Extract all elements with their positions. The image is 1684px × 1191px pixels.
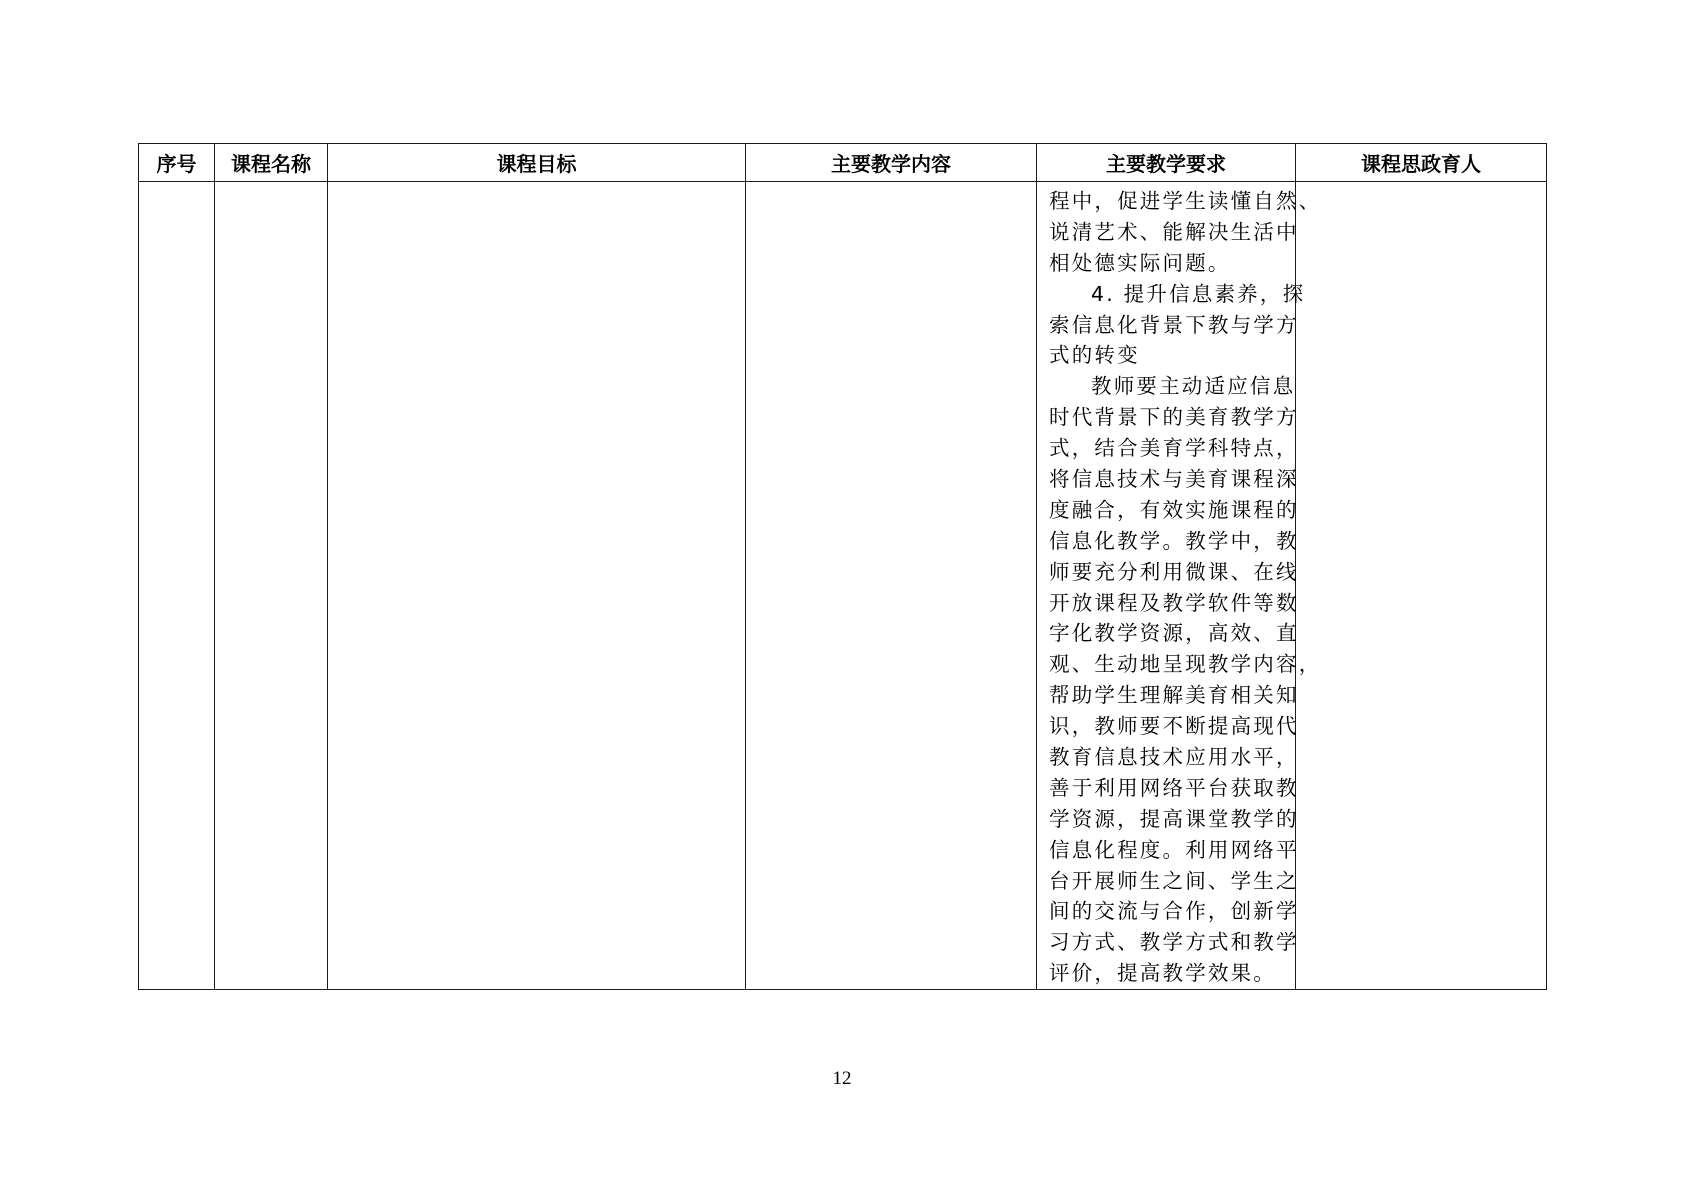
table-header-row: 序号 课程名称 课程目标 主要教学内容 主要教学要求 课程思政育人 [139, 144, 1547, 182]
header-course-name: 课程名称 [215, 144, 328, 182]
course-table: 序号 课程名称 课程目标 主要教学内容 主要教学要求 课程思政育人 程中，促进学… [138, 143, 1547, 990]
requirements-line: 习方式、教学方式和教学 [1049, 927, 1289, 958]
header-ideological-education: 课程思政育人 [1296, 144, 1547, 182]
requirements-line: 学资源，提高课堂教学的 [1049, 804, 1289, 835]
requirements-line: 善于利用网络平台获取教 [1049, 773, 1289, 804]
requirements-line: 帮助学生理解美育相关知 [1049, 680, 1289, 711]
requirements-line: 度融合，有效实施课程的 [1049, 495, 1289, 526]
requirements-line: 观、生动地呈现教学内容， [1049, 649, 1289, 680]
page-number: 12 [0, 1068, 1684, 1090]
requirements-line: 开放课程及教学软件等数 [1049, 588, 1289, 619]
requirements-line: 时代背景下的美育教学方 [1049, 402, 1289, 433]
requirements-line: 说清艺术、能解决生活中 [1049, 217, 1289, 248]
requirements-line: 教育信息技术应用水平， [1049, 742, 1289, 773]
requirements-line: 将信息技术与美育课程深 [1049, 464, 1289, 495]
requirements-line: 台开展师生之间、学生之 [1049, 866, 1289, 897]
header-main-content: 主要教学内容 [746, 144, 1037, 182]
requirements-line: 字化教学资源，高效、直 [1049, 618, 1289, 649]
requirements-line: 4. 提升信息素养，探 [1049, 279, 1289, 310]
requirements-line: 识，教师要不断提高现代 [1049, 711, 1289, 742]
header-main-requirements: 主要教学要求 [1037, 144, 1296, 182]
requirements-line: 间的交流与合作，创新学 [1049, 896, 1289, 927]
requirements-line: 相处德实际问题。 [1049, 248, 1289, 279]
cell-ideological-education [1296, 182, 1547, 990]
requirements-line: 评价，提高教学效果。 [1049, 958, 1289, 989]
cell-main-requirements: 程中，促进学生读懂自然、说清艺术、能解决生活中相处德实际问题。4. 提升信息素养… [1037, 182, 1296, 990]
requirements-line: 信息化教学。教学中，教 [1049, 526, 1289, 557]
requirements-line: 式的转变 [1049, 340, 1289, 371]
requirements-line: 师要充分利用微课、在线 [1049, 557, 1289, 588]
requirements-line: 式，结合美育学科特点， [1049, 433, 1289, 464]
requirements-line: 程中，促进学生读懂自然、 [1049, 186, 1289, 217]
header-course-goal: 课程目标 [328, 144, 746, 182]
cell-course-name [215, 182, 328, 990]
requirements-line: 索信息化背景下教与学方 [1049, 310, 1289, 341]
cell-index [139, 182, 215, 990]
requirements-text: 程中，促进学生读懂自然、说清艺术、能解决生活中相处德实际问题。4. 提升信息素养… [1049, 186, 1289, 989]
requirements-line: 信息化程度。利用网络平 [1049, 835, 1289, 866]
requirements-line: 教师要主动适应信息 [1049, 371, 1289, 402]
document-page: 序号 课程名称 课程目标 主要教学内容 主要教学要求 课程思政育人 程中，促进学… [0, 0, 1684, 1191]
table-row: 程中，促进学生读懂自然、说清艺术、能解决生活中相处德实际问题。4. 提升信息素养… [139, 182, 1547, 990]
cell-main-content [746, 182, 1037, 990]
cell-course-goal [328, 182, 746, 990]
header-index: 序号 [139, 144, 215, 182]
